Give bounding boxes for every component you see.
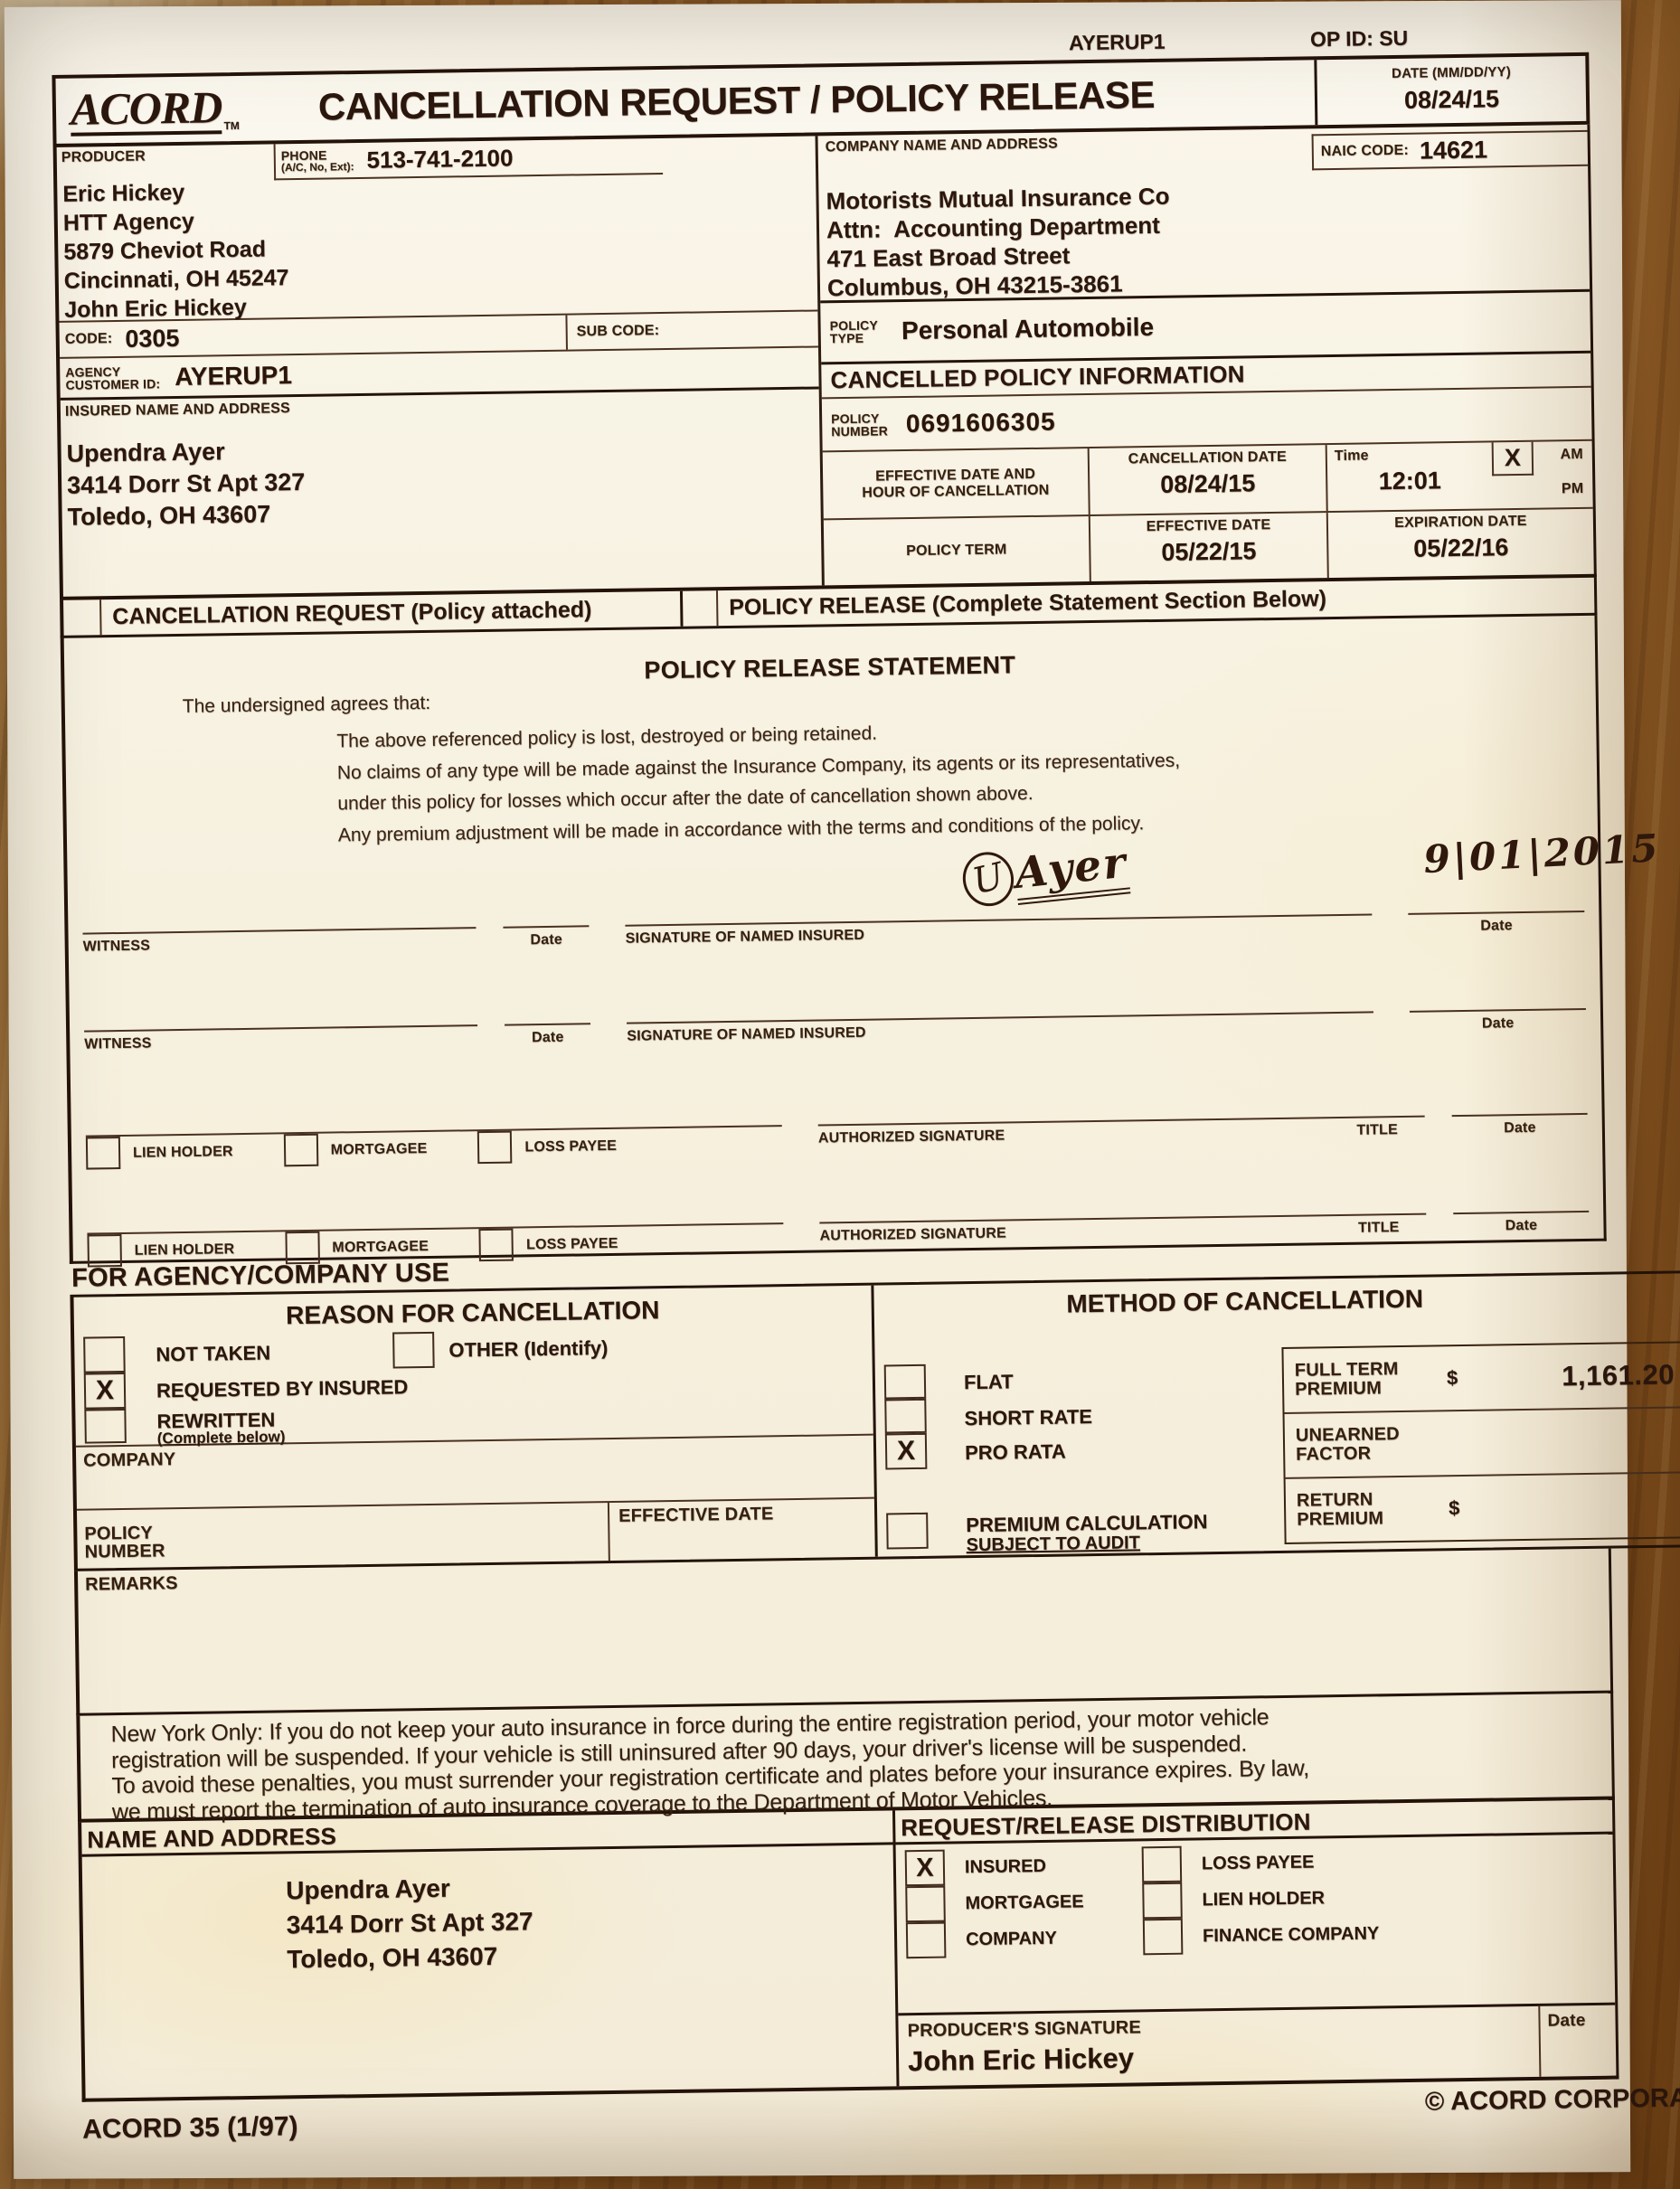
- footer: ACORD 35 (1/97) © ACORD CORPORATION 19: [82, 2090, 1619, 2153]
- loss-payee-checkbox: [479, 1229, 514, 1262]
- method-of-cancellation: METHOD OF CANCELLATION FLAT SHORT RATE X…: [873, 1273, 1680, 1556]
- loss-payee-checkbox: [1142, 1846, 1183, 1883]
- not-taken-checkbox: [83, 1336, 126, 1373]
- flat-checkbox: [884, 1364, 927, 1400]
- finance-company-label: FINANCE COMPANY: [1203, 1923, 1380, 1947]
- am-checkbox: X: [1492, 442, 1534, 476]
- remarks-section: REMARKS: [74, 1549, 1613, 1716]
- reason-for-cancellation: REASON FOR CANCELLATION NOT TAKEN X REQU…: [73, 1286, 877, 1569]
- customer-ref: AYERUP1: [1069, 30, 1166, 56]
- mortgagee-label: MORTGAGEE: [331, 1141, 428, 1159]
- title-label: TITLE: [1356, 1122, 1398, 1151]
- premium-calc-label-2: SUBJECT TO AUDIT: [966, 1533, 1140, 1556]
- phone-value: 513-741-2100: [366, 144, 513, 174]
- loss-payee-label: LOSS PAYEE: [524, 1138, 617, 1156]
- requested-by-insured-label: REQUESTED BY INSURED: [156, 1375, 409, 1402]
- trademark-mark: TM: [223, 119, 240, 132]
- time-value: 12:01: [1327, 466, 1492, 496]
- producer-section: PRODUCER PHONE (A/C, No, Ext): 513-741-2…: [57, 136, 818, 320]
- requested-by-insured-checkbox: X: [84, 1373, 127, 1410]
- premium-sub-table: FULL TERM PREMIUM $ 1,161.20 UNEARNED FA…: [1281, 1341, 1680, 1544]
- statement-lines: The above referenced policy is lost, des…: [336, 714, 1181, 852]
- named-insured-signature-label: SIGNATURE OF NAMED INSURED: [626, 928, 865, 947]
- rewritten-sublabel: (Complete below): [157, 1428, 286, 1448]
- policy-release-statement-section: POLICY RELEASE STATEMENT The undersigned…: [61, 616, 1607, 1264]
- producer-signature-date-cell: Date: [1538, 2005, 1616, 2077]
- mailing-address: Upendra Ayer 3414 Dorr St Apt 327 Toledo…: [286, 1864, 895, 1977]
- company-label: COMPANY NAME AND ADDRESS: [826, 137, 1059, 156]
- title-label: TITLE: [1358, 1220, 1400, 1249]
- distribution-checkboxes: X INSURED MORTGAGEE COMPANY LOSS PAYEE L…: [896, 1835, 1616, 2014]
- company-checkbox: [906, 1922, 947, 1959]
- witness-row-1: WITNESS Date SIGNATURE OF NAMED INSURED …: [82, 911, 1584, 956]
- other-label: OTHER (Identify): [448, 1336, 608, 1363]
- code-value: 0305: [125, 324, 180, 353]
- other-checkbox: [392, 1332, 435, 1369]
- premium-calc-checkbox: [886, 1513, 929, 1550]
- witness-label: WITNESS: [83, 938, 151, 954]
- requested-by-insured-mark: X: [96, 1375, 115, 1405]
- rewrite-policy-number-field: POLICY NUMBER EFFECTIVE DATE: [77, 1497, 875, 1569]
- agency-customer-id-value: AYERUP1: [175, 361, 292, 392]
- pro-rata-label: PRO RATA: [965, 1440, 1066, 1466]
- phone-field: PHONE (A/C, No, Ext): 513-741-2100: [274, 138, 664, 180]
- company-label: COMPANY: [966, 1929, 1057, 1950]
- lien-holder-label: LIEN HOLDER: [1202, 1888, 1325, 1911]
- statement-title: POLICY RELEASE STATEMENT: [64, 643, 1595, 693]
- rewrite-effective-date-field: EFFECTIVE DATE: [608, 1499, 875, 1561]
- cancellation-request-label: CANCELLATION REQUEST (Policy attached): [101, 591, 681, 635]
- full-term-premium-value: 1,161.20: [1458, 1358, 1680, 1394]
- loss-payee-label: LOSS PAYEE: [1202, 1853, 1315, 1875]
- am-pm-cell: X AM PM: [1492, 441, 1593, 509]
- return-premium-row: RETURN PREMIUM $: [1286, 1471, 1680, 1543]
- policy-term-label: POLICY TERM: [906, 542, 1007, 560]
- insured-checkbox: X: [905, 1850, 946, 1887]
- not-taken-label: NOT TAKEN: [156, 1342, 270, 1367]
- policy-release-checkbox: [680, 590, 719, 627]
- dollar-sign: $: [1447, 1366, 1458, 1390]
- sub-code-label: SUB CODE:: [577, 323, 660, 340]
- expiration-date-value: 05/22/16: [1328, 533, 1593, 564]
- dollar-sign: $: [1449, 1496, 1460, 1520]
- cancellation-request-checkbox: [63, 599, 102, 636]
- lien-holder-checkbox: [1142, 1882, 1183, 1920]
- short-rate-checkbox: [884, 1399, 927, 1434]
- am-checkbox-mark: X: [1505, 444, 1521, 471]
- bottom-section: NAME AND ADDRESS Upendra Ayer 3414 Dorr …: [78, 1800, 1619, 2102]
- lien-holder-checkbox: [87, 1234, 122, 1268]
- mortgagee-checkbox: [283, 1134, 318, 1167]
- code-label: CODE:: [65, 331, 113, 348]
- method-title: METHOD OF CANCELLATION: [873, 1274, 1616, 1325]
- mailing-name-address: NAME AND ADDRESS Upendra Ayer 3414 Dorr …: [81, 1810, 899, 2098]
- cancellation-date-cell: CANCELLATION DATE 08/24/15: [1090, 445, 1328, 514]
- named-insured-signature-label: SIGNATURE OF NAMED INSURED: [627, 1025, 866, 1044]
- signature-name: Ayer: [1013, 838, 1130, 905]
- am-label: AM: [1560, 447, 1583, 463]
- rewritten-checkbox: [84, 1409, 127, 1444]
- effective-date-cell: EFFECTIVE DATE 05/22/15: [1090, 513, 1329, 581]
- loss-payee-checkbox: [477, 1131, 513, 1165]
- naic-label: NAIC CODE:: [1321, 143, 1409, 160]
- expiration-date-cell: EXPIRATION DATE 05/22/16: [1328, 509, 1594, 578]
- date-cell: DATE (MM/DD/YY) 08/24/15: [1314, 56, 1586, 125]
- acord-cancellation-form: AYERUP1 OP ID: SU ACORD TM CANCELLATION …: [52, 27, 1620, 2165]
- time-cell: Time 12:01: [1327, 442, 1493, 511]
- loss-payee-label: LOSS PAYEE: [526, 1236, 618, 1254]
- policy-number-value: 0691606305: [906, 407, 1056, 438]
- authorized-signature-label: AUTHORIZED SIGNATURE: [819, 1225, 1006, 1256]
- mortgagee-label: MORTGAGEE: [965, 1892, 1083, 1914]
- cancellation-table: EFFECTIVE DATE AND HOUR OF CANCELLATION …: [823, 439, 1594, 586]
- cancellation-date-value: 08/24/15: [1090, 468, 1326, 500]
- producer-label: PRODUCER: [61, 148, 146, 165]
- main-grid: PRODUCER PHONE (A/C, No, Ext): 513-741-2…: [53, 125, 1597, 600]
- company-address: Motorists Mutual Insurance Co Attn: Acco…: [826, 182, 1171, 303]
- sub-code-field: SUB CODE:: [565, 311, 818, 349]
- producer-signature-value: John Eric Hickey: [908, 2036, 1539, 2078]
- lien-holder-label: LIEN HOLDER: [133, 1144, 233, 1162]
- naic-field: NAIC CODE: 14621: [1312, 130, 1589, 171]
- witness-row-2: WITNESS Date SIGNATURE OF NAMED INSURED …: [84, 1008, 1586, 1053]
- date-value: 08/24/15: [1317, 84, 1586, 116]
- date-label: DATE (MM/DD/YY): [1317, 63, 1585, 82]
- naic-value: 14621: [1420, 136, 1488, 165]
- producer-signature-label: PRODUCER'S SIGNATURE: [907, 2017, 1141, 2041]
- producer-address: Eric Hickey HTT Agency 5879 Cheviot Road…: [62, 176, 289, 325]
- full-term-premium-row: FULL TERM PREMIUM $ 1,161.20: [1283, 1343, 1680, 1412]
- acord-logo: ACORD: [71, 84, 222, 136]
- flat-label: FLAT: [964, 1370, 1014, 1394]
- insured-address: Upendra Ayer 3414 Dorr St Apt 327 Toledo…: [66, 435, 306, 533]
- unearned-factor-row: UNEARNED FACTOR: [1285, 1406, 1680, 1477]
- op-id: OP ID: SU: [1310, 26, 1409, 52]
- pro-rata-checkbox: X: [885, 1433, 928, 1470]
- lien-row-1: LIEN HOLDER MORTGAGEE LOSS PAYEE AUTHORI…: [86, 1113, 1588, 1170]
- insured-signature-handwriting: UAyer: [960, 838, 1130, 909]
- mortgagee-checkbox: [285, 1231, 320, 1265]
- insured-section: INSURED NAME AND ADDRESS Upendra Ayer 34…: [61, 386, 822, 596]
- short-rate-label: SHORT RATE: [964, 1405, 1092, 1430]
- lien-holder-label: LIEN HOLDER: [135, 1241, 235, 1260]
- lien-holder-checkbox: [86, 1137, 121, 1170]
- producer-signature-row: PRODUCER'S SIGNATURE John Eric Hickey Da…: [898, 2003, 1616, 2087]
- insured-label: INSURED: [965, 1856, 1046, 1878]
- finance-company-checkbox: [1143, 1919, 1184, 1956]
- authorized-signature-label: AUTHORIZED SIGNATURE: [818, 1128, 1005, 1158]
- phone-sublabel: (A/C, No, Ext):: [281, 161, 354, 173]
- pm-label: PM: [1562, 481, 1584, 497]
- brand-cell: ACORD TM: [55, 75, 318, 144]
- form-number: ACORD 35 (1/97): [82, 2111, 298, 2146]
- statement-intro: The undersigned agrees that:: [183, 693, 431, 718]
- mortgagee-checkbox: [905, 1886, 946, 1923]
- insured-label: INSURED NAME AND ADDRESS: [65, 401, 290, 420]
- copyright: © ACORD CORPORATION 19: [1425, 2082, 1680, 2118]
- insured-checkbox-mark: X: [916, 1854, 934, 1882]
- agency-use-section: REASON FOR CANCELLATION NOT TAKEN X REQU…: [70, 1270, 1680, 1571]
- company-section: COMPANY NAME AND ADDRESS NAIC CODE: 1462…: [818, 125, 1590, 300]
- effective-date-value: 05/22/15: [1090, 536, 1326, 568]
- witness-label: WITNESS: [84, 1035, 152, 1052]
- remarks-label: REMARKS: [85, 1573, 178, 1595]
- pro-rata-mark: X: [897, 1436, 916, 1466]
- signature-initial: U: [958, 846, 1020, 911]
- mortgagee-label: MORTGAGEE: [332, 1239, 429, 1257]
- policy-type-value: Personal Automobile: [901, 313, 1154, 345]
- form-title: CANCELLATION REQUEST / POLICY RELEASE: [317, 60, 1315, 139]
